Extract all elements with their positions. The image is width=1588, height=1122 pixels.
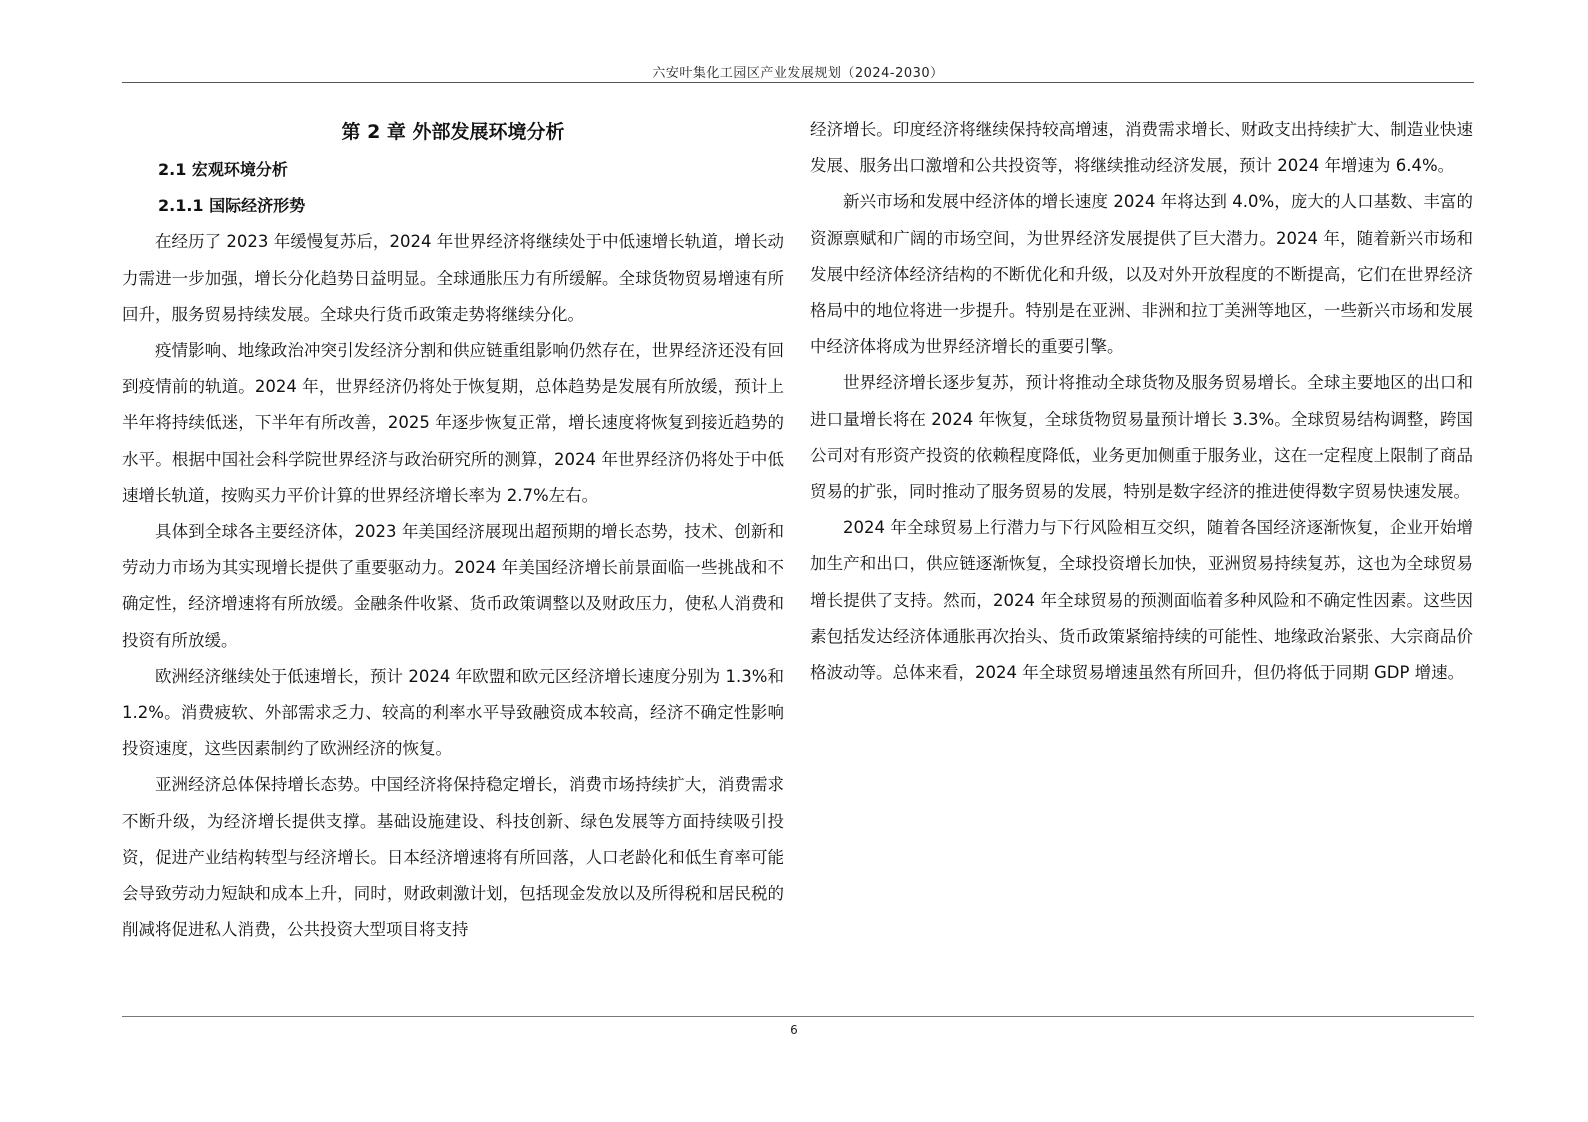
paragraph: 疫情影响、地缘政治冲突引发经济分割和供应链重组影响仍然存在，世界经济还没有回到疫… [122,333,784,514]
paragraph: 欧洲经济继续处于低速增长，预计 2024 年欧盟和欧元区经济增长速度分别为 1.… [122,659,784,768]
paragraph: 世界经济增长逐步复苏，预计将推动全球货物及服务贸易增长。全球主要地区的出口和进口… [810,365,1473,510]
footer-rule [122,1016,1474,1017]
page-number: 6 [0,1023,1588,1037]
right-column: 经济增长。印度经济将继续保持较高增速，消费需求增长、财政支出持续扩大、制造业快速… [810,112,1473,691]
paragraph: 新兴市场和发展中经济体的增长速度 2024 年将达到 4.0%，庞大的人口基数、… [810,184,1473,365]
chapter-title: 第 2 章 外部发展环境分析 [122,112,784,152]
paragraph: 2024 年全球贸易上行潜力与下行风险相互交织，随着各国经济逐渐恢复，企业开始增… [810,510,1473,691]
left-column: 第 2 章 外部发展环境分析 2.1 宏观环境分析 2.1.1 国际经济形势 在… [122,112,784,948]
paragraph-continuation: 经济增长。印度经济将继续保持较高增速，消费需求增长、财政支出持续扩大、制造业快速… [810,112,1473,184]
paragraph: 具体到全球各主要经济体，2023 年美国经济展现出超预期的增长态势，技术、创新和… [122,514,784,659]
paragraph: 在经历了 2023 年缓慢复苏后，2024 年世界经济将继续处于中低速增长轨道，… [122,224,784,333]
section-heading-2-1-1: 2.1.1 国际经济形势 [122,188,784,224]
header-rule [122,82,1474,83]
section-heading-2-1: 2.1 宏观环境分析 [122,152,784,188]
paragraph: 亚洲经济总体保持增长态势。中国经济将保持稳定增长，消费市场持续扩大，消费需求不断… [122,767,784,948]
running-header: 六安叶集化工园区产业发展规划（2024-2030） [122,62,1474,81]
